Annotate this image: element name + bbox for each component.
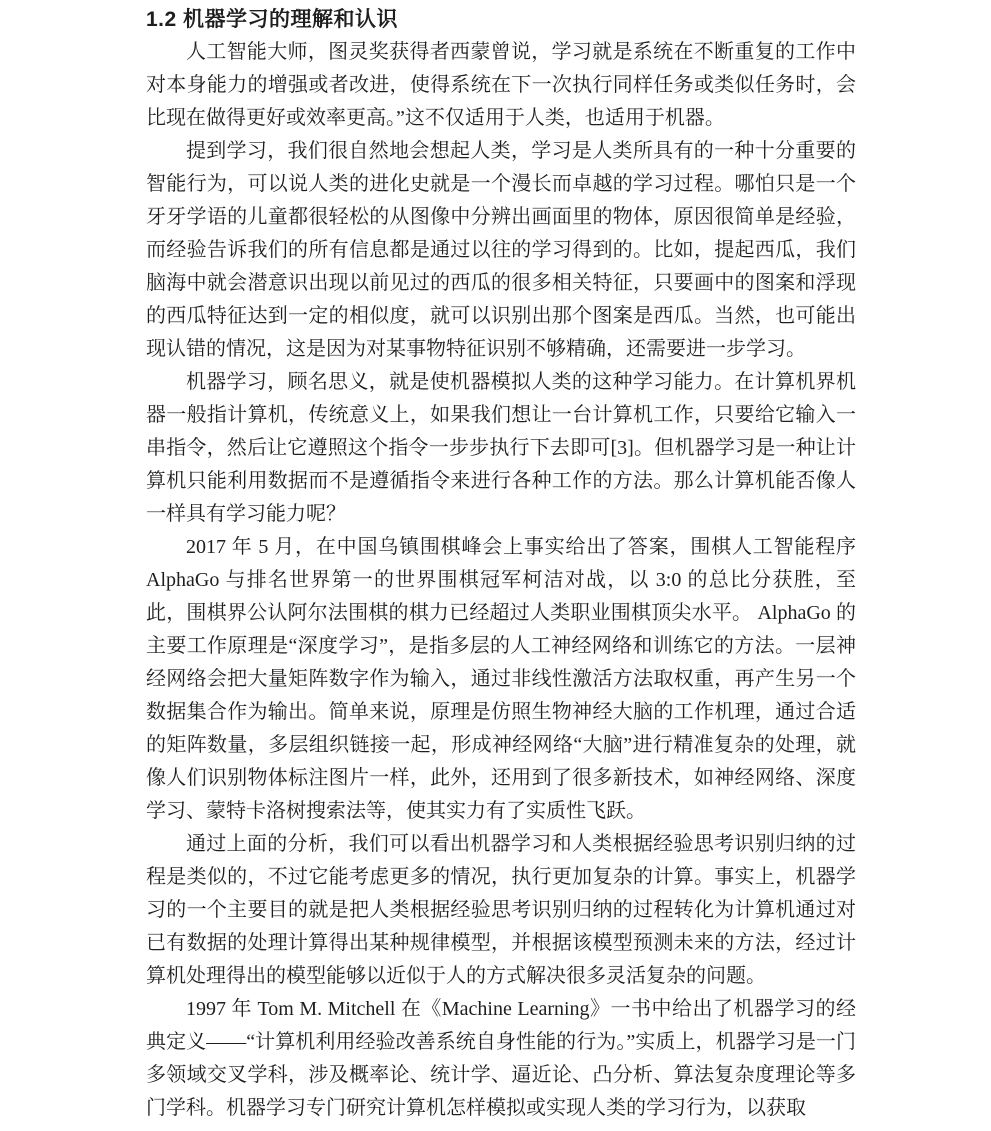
text-column: 1.2 机器学习的理解和认识 人工智能大师，图灵奖获得者西蒙曾说，学习就是系统在… bbox=[146, 3, 856, 1125]
paragraph: 通过上面的分析，我们可以看出机器学习和人类根据经验思考识别归纳的过程是类似的，不… bbox=[146, 828, 856, 993]
paragraph: 机器学习，顾名思义，就是使机器模拟人类的这种学习能力。在计算机界机器一般指计算机… bbox=[146, 366, 856, 531]
paragraph: 提到学习，我们很自然地会想起人类，学习是人类所具有的一种十分重要的智能行为，可以… bbox=[146, 135, 856, 366]
paragraph: 2017 年 5 月，在中国乌镇围棋峰会上事实给出了答案，围棋人工智能程序 Al… bbox=[146, 531, 856, 828]
paragraph: 人工智能大师，图灵奖获得者西蒙曾说，学习就是系统在不断重复的工作中对本身能力的增… bbox=[146, 36, 856, 135]
paragraph: 1997 年 Tom M. Mitchell 在《Machine Learnin… bbox=[146, 993, 856, 1125]
section-heading: 1.2 机器学习的理解和认识 bbox=[146, 3, 856, 36]
document-page: 1.2 机器学习的理解和认识 人工智能大师，图灵奖获得者西蒙曾说，学习就是系统在… bbox=[0, 0, 991, 1131]
